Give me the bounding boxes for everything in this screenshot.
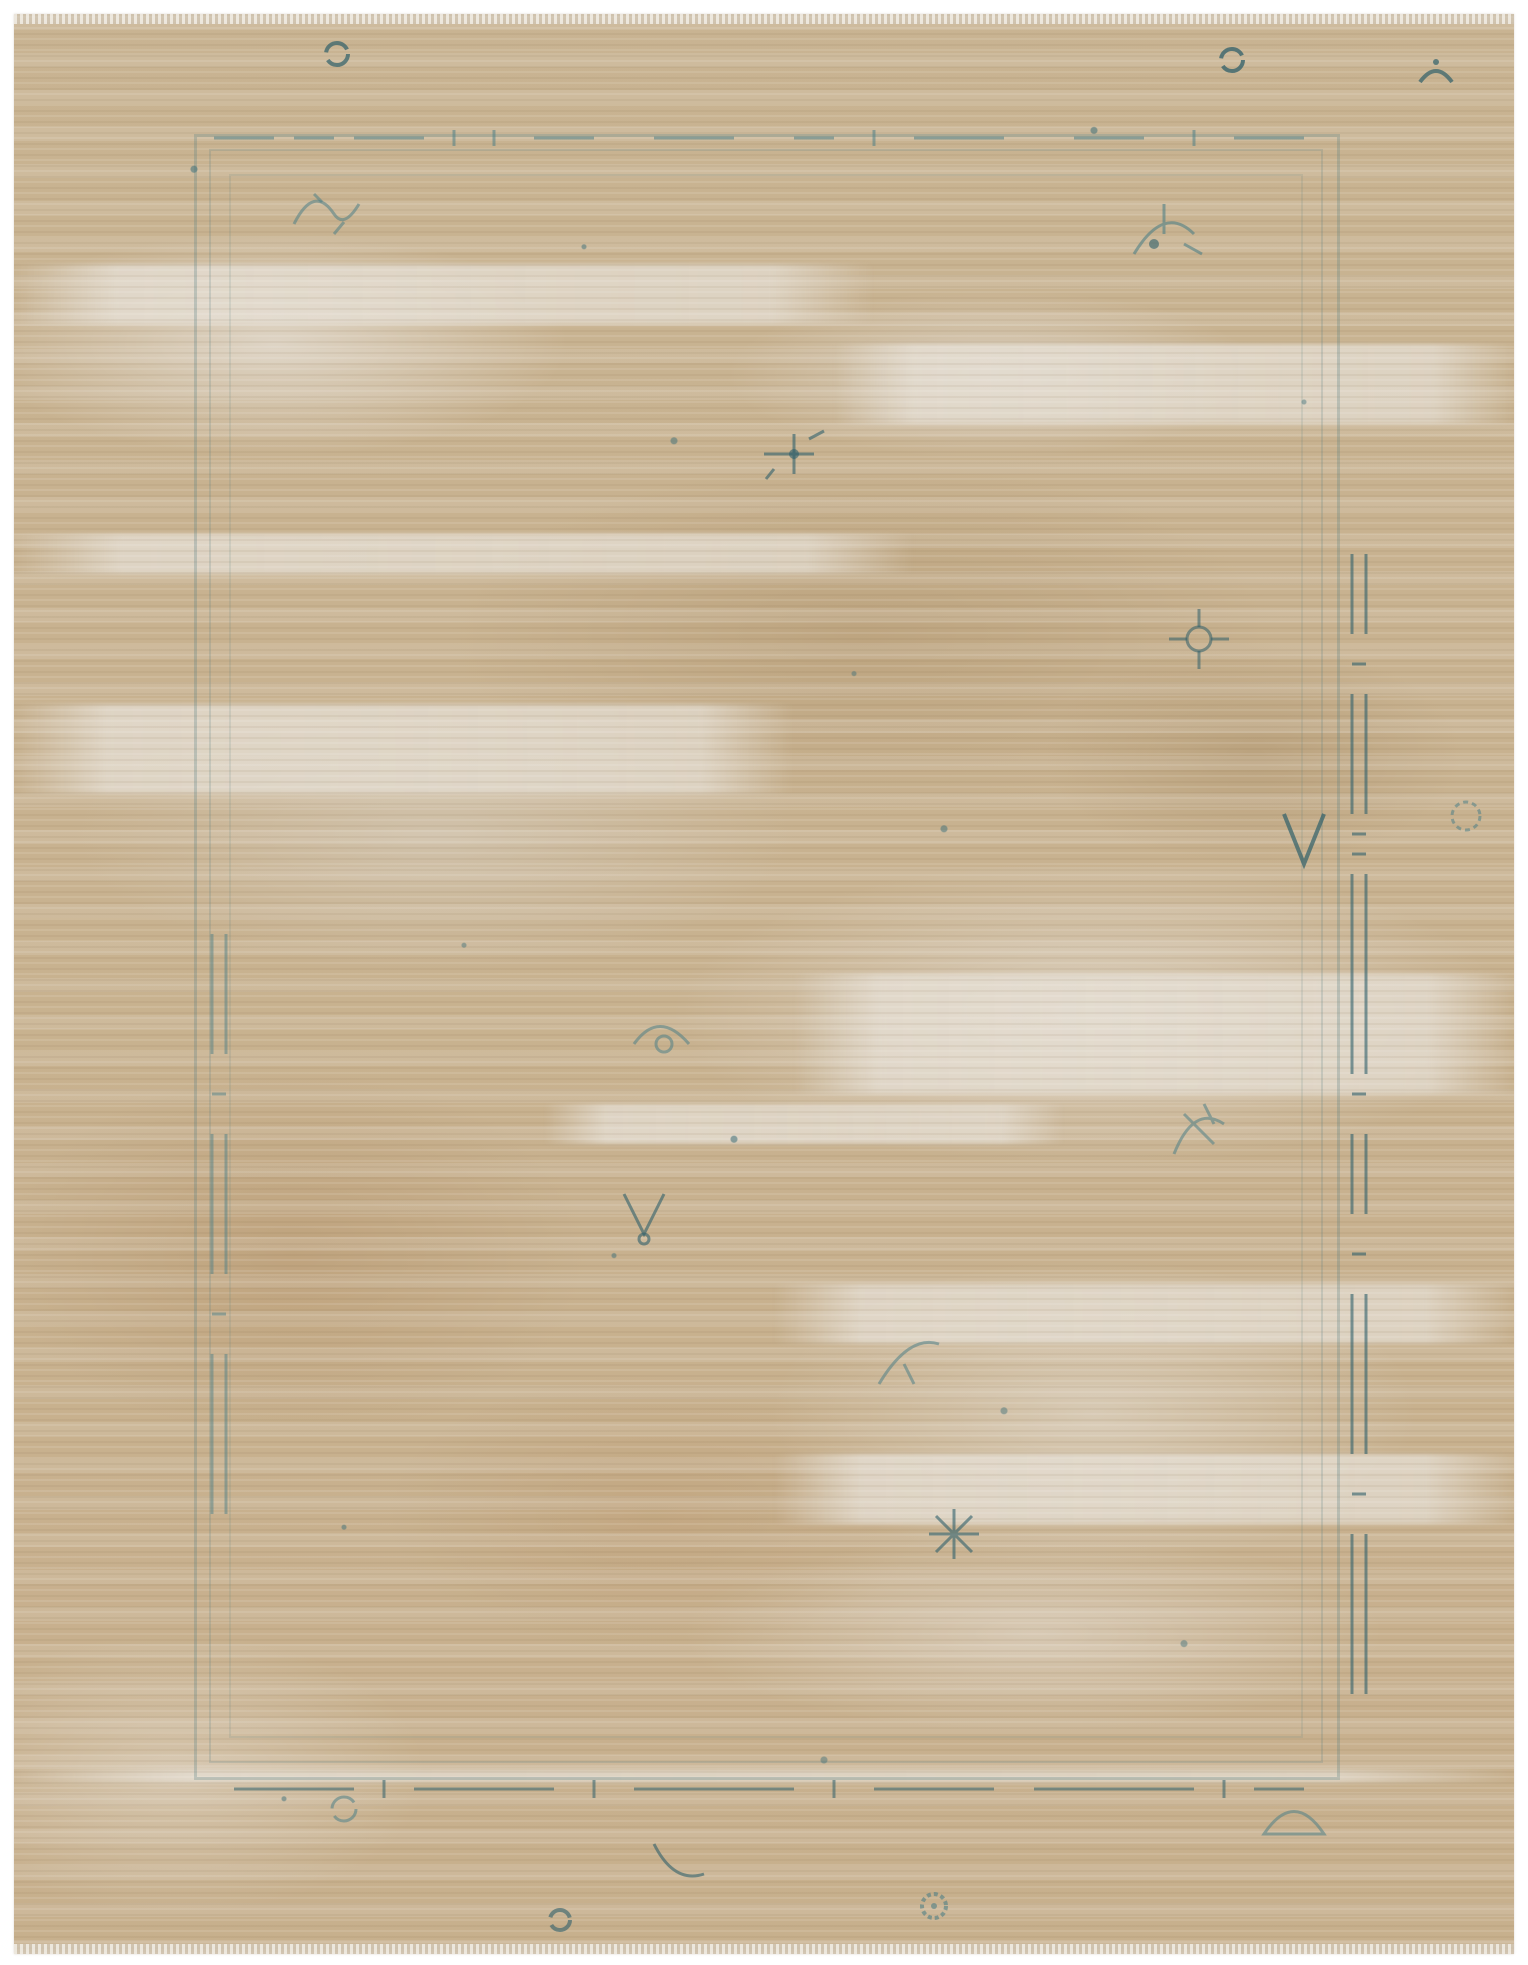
rosette-motif — [542, 1902, 578, 1938]
photo-canvas: Distressed vintage overdyed area rug, to… — [0, 0, 1528, 1965]
rosette-motif — [1444, 794, 1488, 838]
floral-motif — [1254, 1784, 1334, 1854]
rosette-motif — [319, 36, 355, 72]
field-border — [229, 174, 1303, 1738]
rosette-motif — [914, 1886, 954, 1926]
rosette-motif — [1414, 52, 1458, 92]
top-fringe — [14, 14, 1514, 24]
leaf-motif — [644, 1834, 714, 1894]
rosette-motif — [1214, 42, 1250, 78]
floral-motif — [304, 1774, 384, 1844]
bottom-fringe — [14, 1944, 1514, 1954]
border-cartouche-right — [1344, 534, 1374, 1734]
rug — [14, 14, 1514, 1954]
